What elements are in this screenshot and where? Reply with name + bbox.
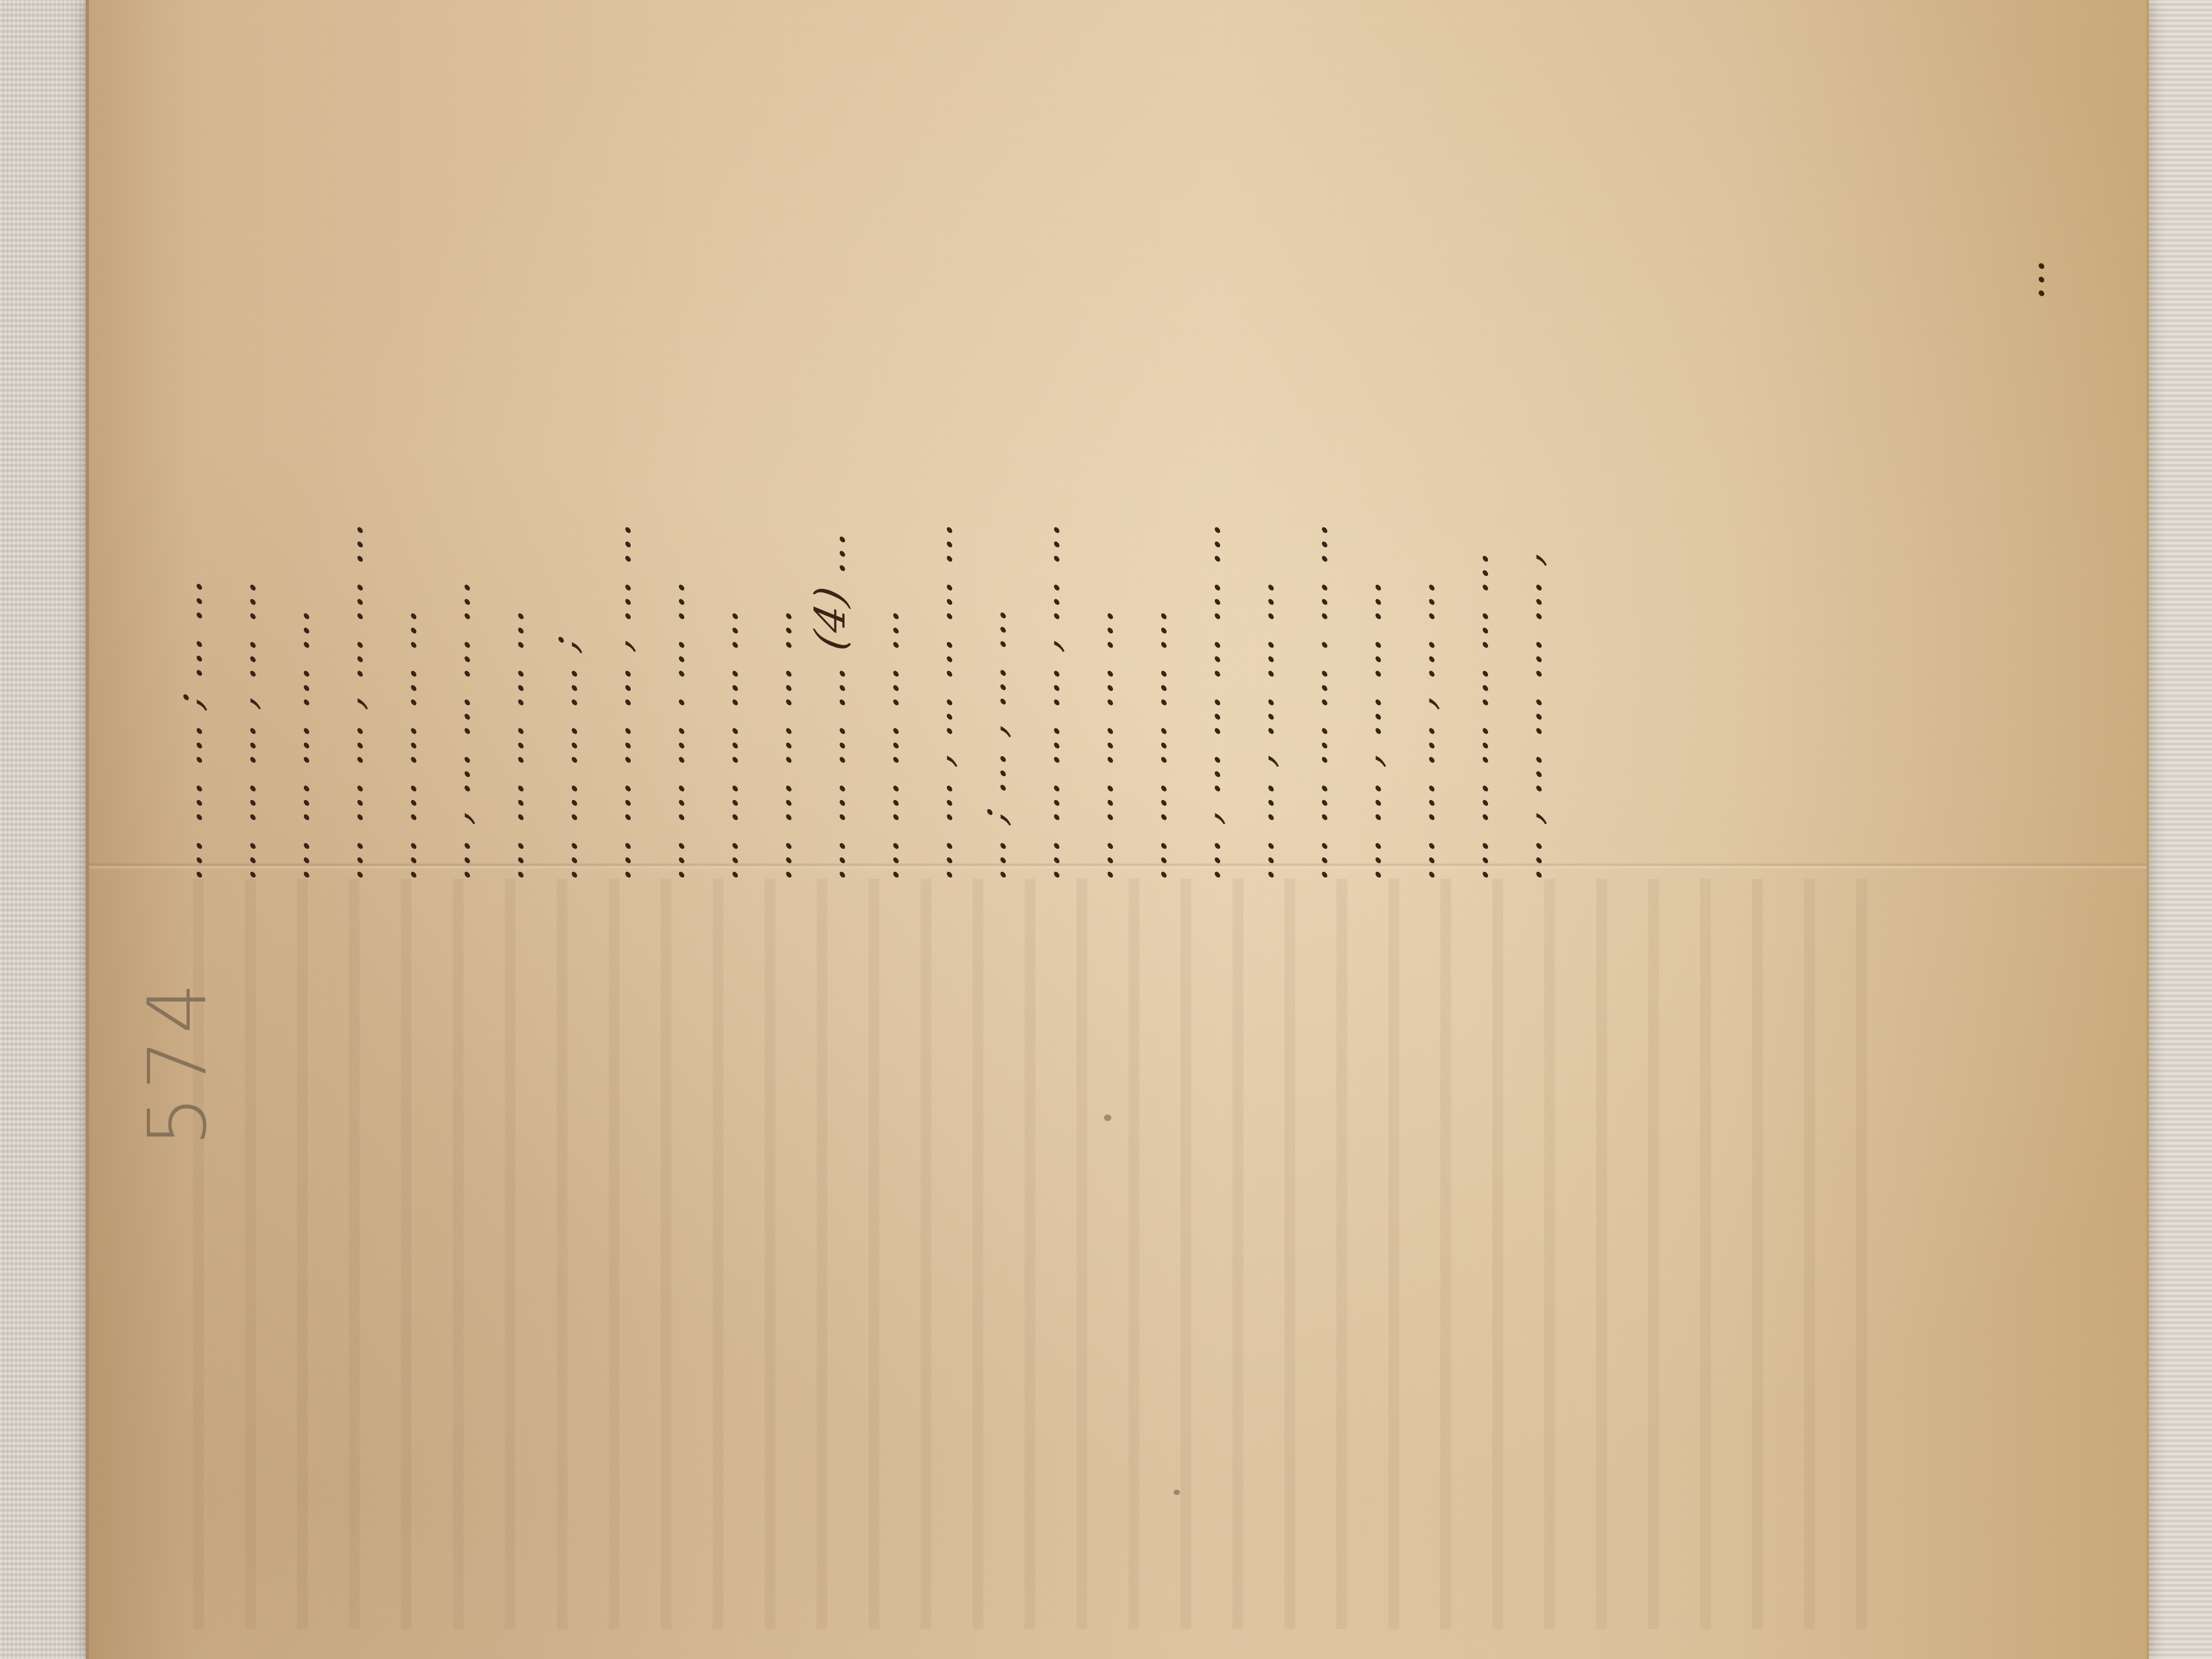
text-line: ... ... , ... ... ... (1340, 0, 1393, 885)
text-line: ... ... ... ... . ... ... (1286, 0, 1340, 885)
ink-spot (1104, 1115, 1111, 1121)
text-line: ... ... , ... ... ... (1232, 0, 1286, 885)
text-line: ... ... ... ... ... (1072, 0, 1125, 885)
text-line: ... ... ... ... ; (536, 0, 589, 885)
text-line: ... ... ... ; ... ... (161, 0, 214, 885)
text-line: ... ... ... ... ... (482, 0, 536, 885)
text-line: ... ... ... ... ... (697, 0, 750, 885)
letter-body: ... ... ... ; ... ... ... ... ... , ... … (161, 0, 2090, 879)
ink-spot (1174, 1490, 1180, 1495)
text-line: ... ... ... , ... ... (1393, 0, 1447, 885)
text-line: ... ... ... ... ... (857, 0, 911, 885)
text-line: ... ... ... ... ... ... (1447, 0, 1500, 885)
text-line: ... ... ... ... ... (1125, 0, 1179, 885)
text-line: ... , ... ... ... ... ... (1179, 0, 1232, 885)
text-line: ... ... ... ... , ... ... (1018, 0, 1072, 885)
page-number: 574 (131, 977, 225, 1147)
text-line: ... ... ... ... ... (750, 0, 804, 885)
text-line: ... ... ... , ... ... (214, 0, 268, 885)
text-line: ... ; ... , ... ... (965, 0, 1018, 885)
text-line: ... , ... ... ... ... (429, 0, 482, 885)
signature: ... (2004, 259, 2054, 300)
text-line: ... ... ... ... ... (268, 0, 322, 885)
text-line: ... ... ... , ... ... ... (322, 0, 375, 885)
text-line: ... ... , ... ... ... ... (911, 0, 965, 885)
text-line: ... , ... ... ... ... , (1500, 0, 1554, 885)
text-line: ... ... ... . ... ... (643, 0, 697, 885)
text-line: ... ... ... ... , ... ... (589, 0, 643, 885)
text-line: ... ... ... ... ... (375, 0, 429, 885)
ink-bleed-through (161, 879, 1875, 1629)
text-line: ... ... ... ... (4) ... (804, 0, 857, 885)
